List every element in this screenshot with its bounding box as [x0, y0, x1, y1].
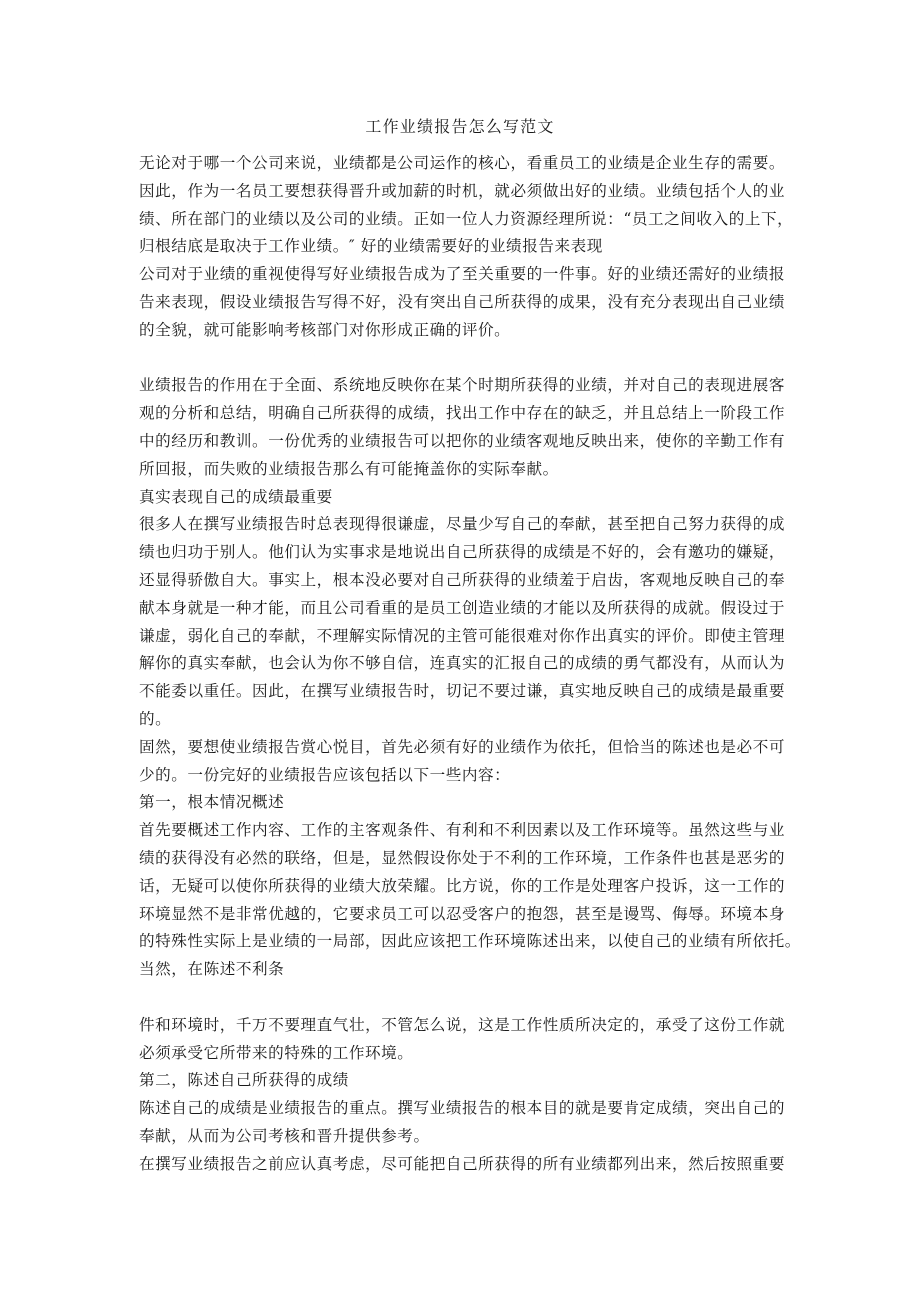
- text-line: 绩也归功于别人。他们认为实事求是地说出自己所获得的成绩是不好的，会有邀功的嫌疑，: [139, 541, 785, 569]
- text-line: 必须承受它所带来的特殊的工作环境。: [139, 1042, 799, 1070]
- text-line: 业绩报告的作用在于全面、系统地反映你在某个时期所获得的业绩，并对自己的表现进展客: [139, 374, 785, 402]
- text-line: 话，无疑可以使你所获得的业绩大放荣耀。比方说，你的工作是处理客户投诉，这一工作的: [139, 875, 785, 903]
- text-line: 因此，作为一名员工要想获得晋升或加薪的时机，就必须做出好的业绩。业绩包括个人的业: [139, 180, 785, 208]
- text-line: 解你的真实奉献，也会认为你不够自信，连真实的汇报自己的成绩的勇气都没有，从而认为: [139, 652, 785, 680]
- text-line: 固然，要想使业绩报告赏心悦目，首先必须有好的业绩作为依托，但恰当的陈述也是必不可: [139, 736, 785, 764]
- text-line: 的特殊性实际上是业绩的一局部，因此应该把工作环境陈述出来，以使自己的业绩有所依托…: [139, 930, 785, 958]
- blank-line: [139, 986, 799, 1014]
- text-line: 谦虚，弱化自己的奉献，不理解实际情况的主管可能很难对你作出真实的评价。即使主管理: [139, 625, 785, 653]
- text-line: 观的分析和总结，明确自己所获得的成绩，找出工作中存在的缺乏，并且总结上一阶段工作: [139, 402, 785, 430]
- text-line: 所回报，而失败的业绩报告那么有可能掩盖你的实际奉献。: [139, 458, 799, 486]
- document-page: 工作业绩报告怎么写范文 无论对于哪一个公司来说，业绩都是公司运作的核心，看重员工…: [0, 0, 920, 1302]
- document-title: 工作业绩报告怎么写范文: [0, 116, 920, 138]
- text-line: 在撰写业绩报告之前应认真考虑，尽可能把自己所获得的所有业绩都列出来，然后按照重要: [139, 1153, 785, 1181]
- text-line: 的全貌，就可能影响考核部门对你形成正确的评价。: [139, 319, 799, 347]
- text-line: 的。: [139, 708, 799, 736]
- text-line: 献本身就是一种才能，而且公司看重的是员工创造业绩的才能以及所获得的成就。假设过于: [139, 597, 785, 625]
- text-line: 绩、所在部门的业绩以及公司的业绩。正如一位人力资源经理所说：“员工之间收入的上下…: [139, 208, 785, 236]
- text-line: 第二，陈述自己所获得的成绩: [139, 1069, 799, 1097]
- text-line: 当然，在陈述不利条: [139, 958, 799, 986]
- text-line: 陈述自己的成绩是业绩报告的重点。撰写业绩报告的根本目的就是要肯定成绩，突出自己的: [139, 1097, 785, 1125]
- document-body: 无论对于哪一个公司来说，业绩都是公司运作的核心，看重员工的业绩是企业生存的需要。…: [139, 152, 799, 1180]
- text-line: 不能委以重任。因此，在撰写业绩报告时，切记不要过谦，真实地反映自己的成绩是最重要: [139, 680, 785, 708]
- text-line: 很多人在撰写业绩报告时总表现得很谦虚，尽量少写自己的奉献，甚至把自己努力获得的成: [139, 513, 785, 541]
- text-line: 少的。一份完好的业绩报告应该包括以下一些内容：: [139, 764, 799, 792]
- text-line: 真实表现自己的成绩最重要: [139, 486, 799, 514]
- text-line: 无论对于哪一个公司来说，业绩都是公司运作的核心，看重员工的业绩是企业生存的需要。: [139, 152, 785, 180]
- text-line: 公司对于业绩的重视使得写好业绩报告成为了至关重要的一件事。好的业绩还需好的业绩报: [139, 263, 785, 291]
- text-line: 归根结底是取决于工作业绩。″ 好的业绩需要好的业绩报告来表现: [139, 235, 799, 263]
- text-line: 第一，根本情况概述: [139, 791, 799, 819]
- blank-line: [139, 347, 799, 375]
- text-line: 环境显然不是非常优越的，它要求员工可以忍受客户的抱怨，甚至是谩骂、侮辱。环境本身: [139, 903, 785, 931]
- text-line: 绩的获得没有必然的联络，但是，显然假设你处于不利的工作环境，工作条件也甚是恶劣的: [139, 847, 785, 875]
- text-line: 告来表现，假设业绩报告写得不好，没有突出自己所获得的成果，没有充分表现出自己业绩: [139, 291, 785, 319]
- text-line: 首先要概述工作内容、工作的主客观条件、有利和不利因素以及工作环境等。虽然这些与业: [139, 819, 785, 847]
- text-line: 奉献，从而为公司考核和晋升提供参考。: [139, 1125, 799, 1153]
- text-line: 中的经历和教训。一份优秀的业绩报告可以把你的业绩客观地反映出来，使你的辛勤工作有: [139, 430, 785, 458]
- text-line: 还显得骄傲自大。事实上，根本没必要对自己所获得的业绩羞于启齿，客观地反映自己的奉: [139, 569, 785, 597]
- text-line: 件和环境时，千万不要理直气壮，不管怎么说，这是工作性质所决定的，承受了这份工作就: [139, 1014, 785, 1042]
